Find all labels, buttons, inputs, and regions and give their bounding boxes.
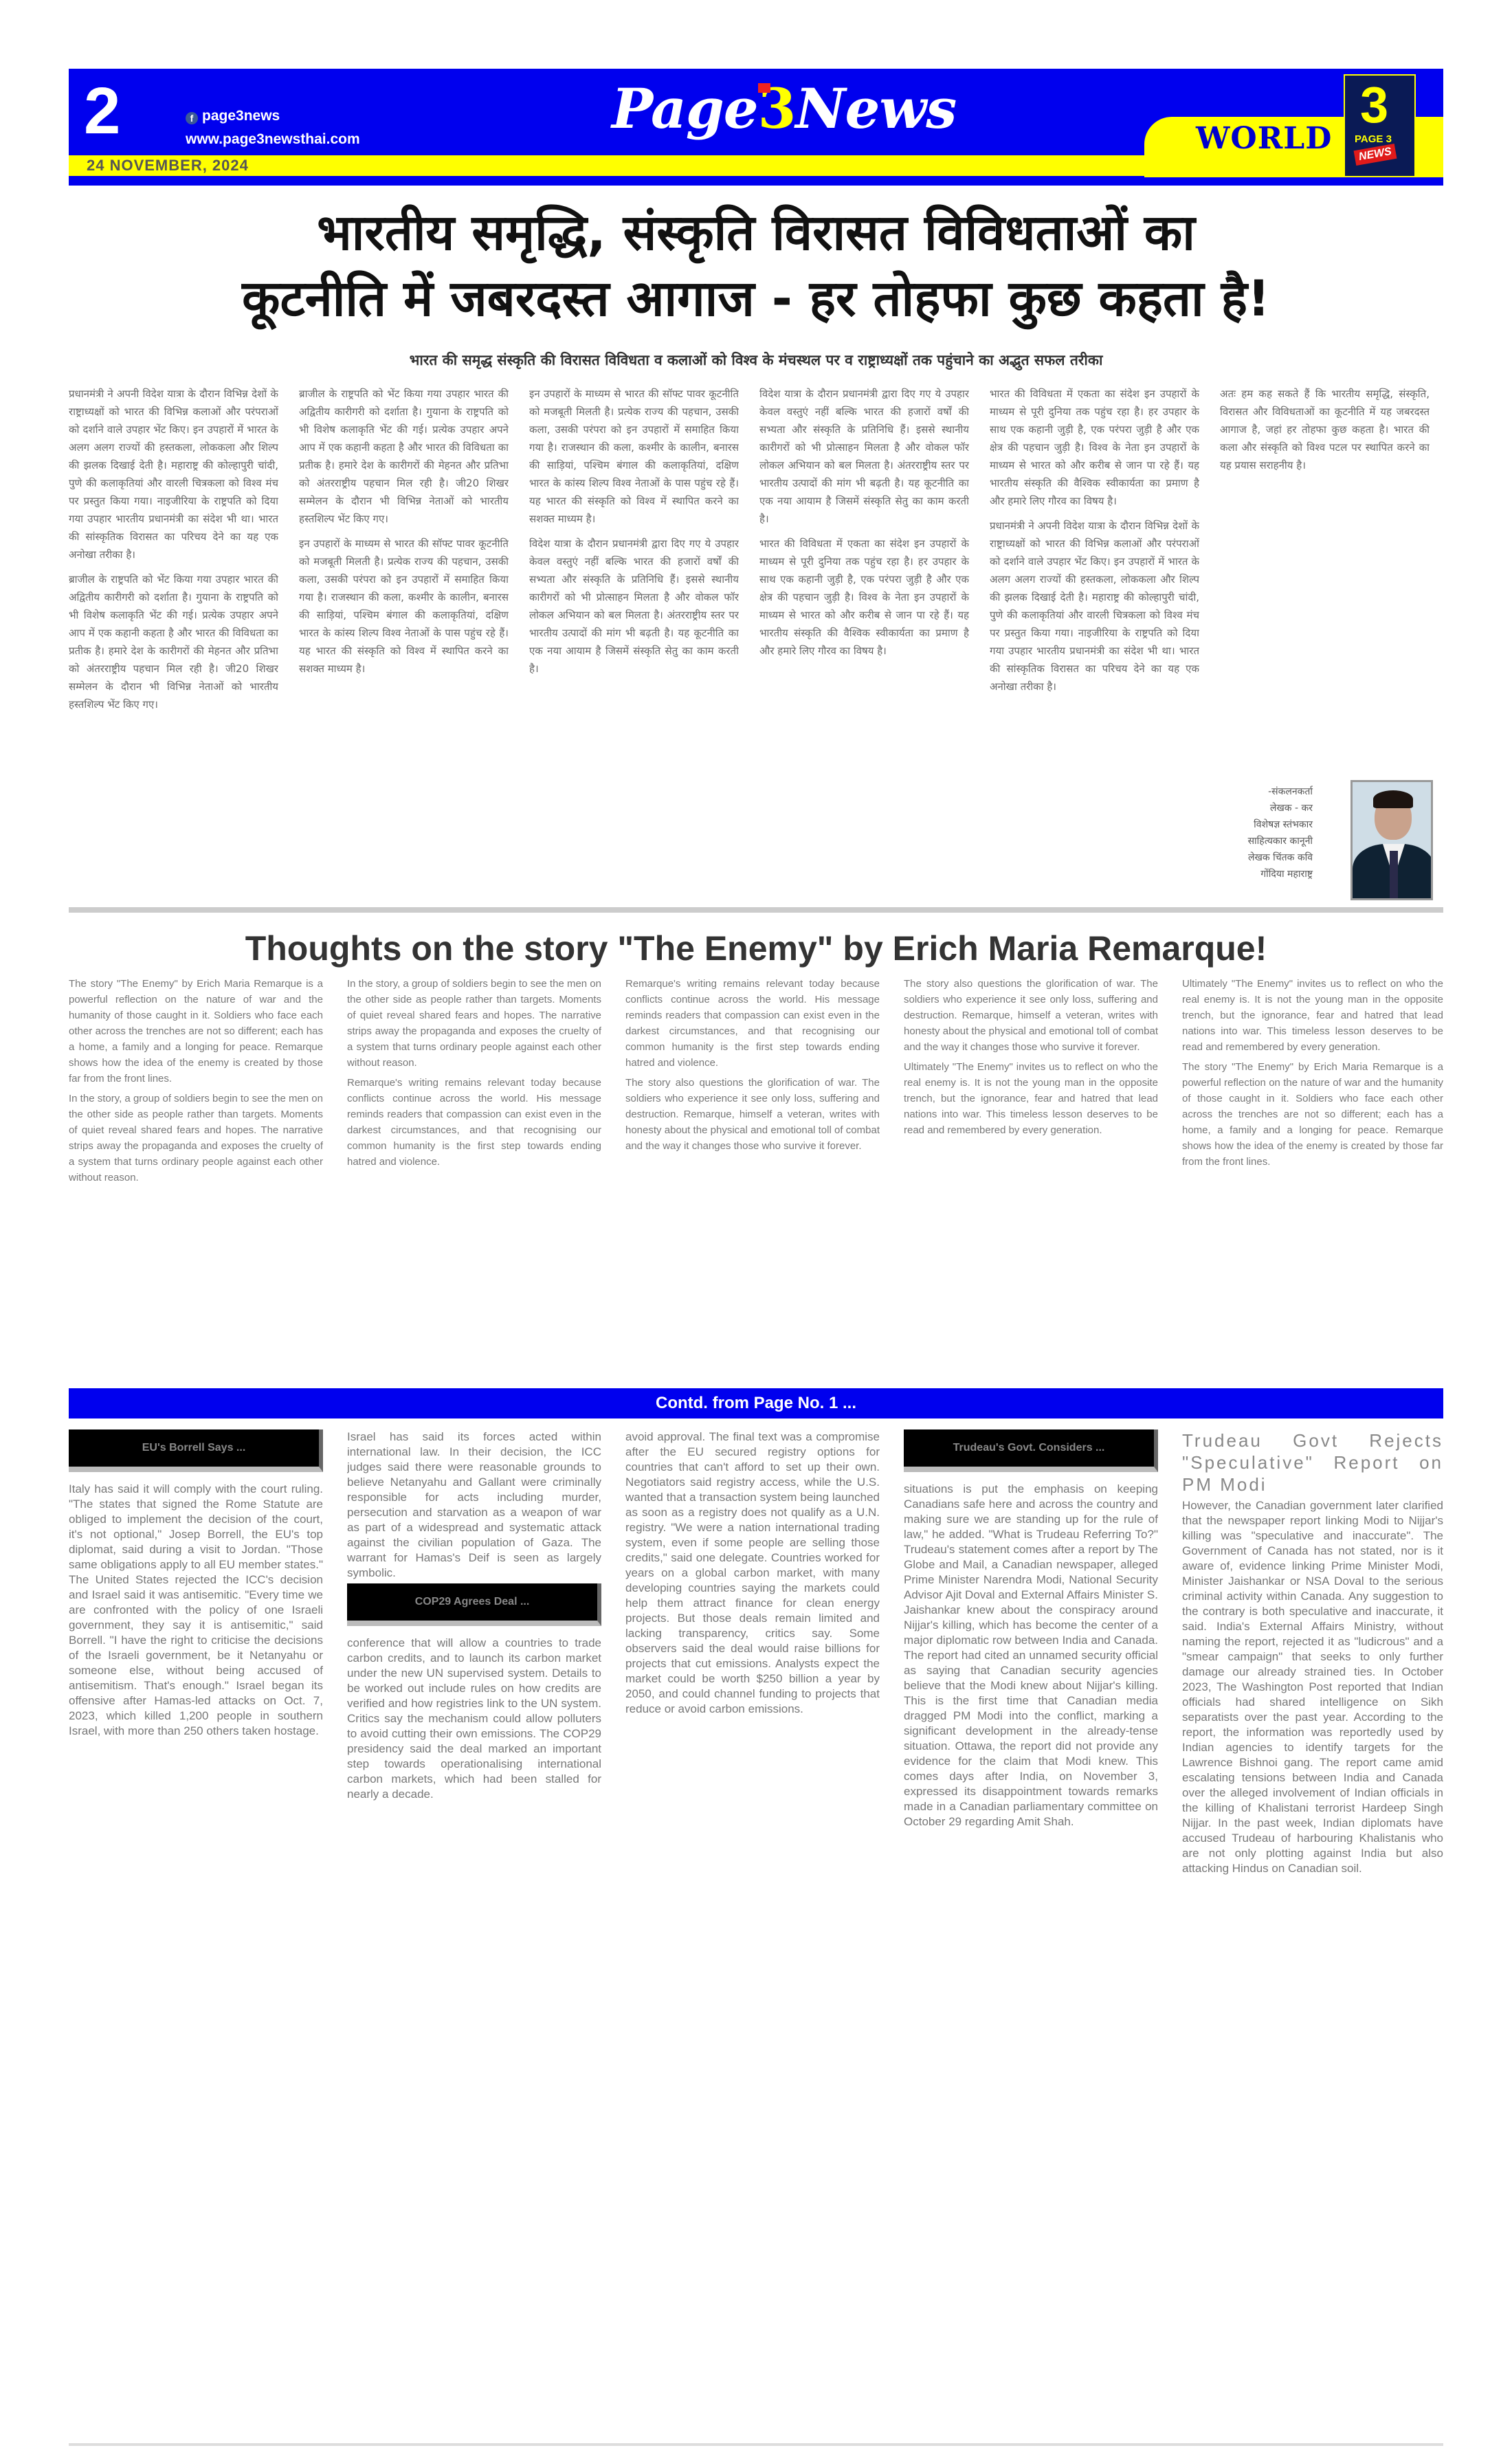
continued-articles: EU's Borrell Says ... Italy has said it … [69,1429,1443,2399]
website-link[interactable]: www.page3newsthai.com [186,128,360,151]
english-column-4: The story also questions the glorificati… [904,976,1158,1402]
badge-number: 3 [1360,80,1388,131]
facebook-handle: page3news [202,108,280,124]
issue-date: 24 NOVEMBER, 2024 [87,157,249,175]
english-column-2: In the story, a group of soldiers begin … [347,976,601,1402]
continued-column-5: Trudeau Govt Rejects "Speculative" Repor… [1182,1429,1443,2399]
continued-column-2: Israel has said its forces acted within … [347,1429,601,2399]
newspaper-page: 2 fpage3news www.page3newsthai.com 24 NO… [69,69,1443,2448]
facebook-link[interactable]: fpage3news [186,104,360,128]
facebook-icon: f [186,112,198,124]
badge-line2: NEWS [1354,144,1397,166]
english-article-body: The story "The Enemy" by Erich Maria Rem… [69,976,1443,1402]
lead-headline-line1: भारतीय समृद्धि, संस्कृति विरासत विविधताओ… [69,199,1443,265]
english-column-5: Ultimately "The Enemy" invites us to ref… [1182,976,1443,1402]
continued-column-4: Trudeau's Govt. Considers ... situations… [904,1429,1158,2399]
lead-strapline: भारत की समृद्ध संस्कृति की विरासत विविधत… [69,350,1443,370]
page-bottom-rule [69,2443,1443,2446]
lead-column-3: इन उपहारों के माध्यम से भारत की सॉफ्ट पा… [529,385,739,921]
badge-line1: PAGE 3 [1355,133,1392,145]
english-column-1: The story "The Enemy" by Erich Maria Rem… [69,976,323,1402]
logo-number: 3 [758,76,796,141]
author-photo [1350,780,1433,900]
section-label: WORLD [1196,124,1332,154]
page-number: 2 [84,78,120,144]
continued-kicker: COP29 Agrees Deal ... [347,1583,601,1626]
lead-column-5: भारत की विविधता में एकता का संदेश इन उपह… [990,385,1199,921]
lead-column-1: प्रधानमंत्री ने अपनी विदेश यात्रा के दौर… [69,385,278,921]
masthead-bottom-band [69,177,1443,186]
english-article-title: Thoughts on the story "The Enemy" by Eri… [69,928,1443,969]
newspaper-logo: Page3News [612,81,956,136]
lead-headline-line2: कूटनीति में जबरदस्त आगाज - हर तोहफा कुछ … [69,265,1443,331]
continued-banner: Contd. from Page No. 1 ... [69,1388,1443,1418]
lead-column-4: विदेश यात्रा के दौरान प्रधानमंत्री द्वार… [759,385,969,921]
brand-badge-logo: 3 PAGE 3 NEWS [1344,74,1416,177]
continued-column-3: avoid approval. The final text was a com… [625,1429,880,2399]
lead-column-2: ब्राजील के राष्ट्रपति को भेंट किया गया उ… [299,385,509,921]
continued-kicker: EU's Borrell Says ... [69,1429,323,1472]
lead-column-6: अतः हम कह सकते हैं कि भारतीय समृद्धि, सं… [1220,385,1430,770]
masthead: 2 fpage3news www.page3newsthai.com 24 NO… [69,69,1443,186]
social-links: fpage3news www.page3newsthai.com [186,104,360,151]
section-divider [69,907,1443,913]
english-column-3: Remarque's writing remains relevant toda… [625,976,880,1402]
logo-text-news: News [795,76,956,141]
continued-kicker: Trudeau's Govt. Considers ... [904,1429,1158,1472]
logo-text-page: Page [612,76,758,141]
continued-subheadline: Trudeau Govt Rejects "Speculative" Repor… [1182,1429,1443,1495]
continued-column-1: EU's Borrell Says ... Italy has said it … [69,1429,323,2399]
lead-headline: भारतीय समृद्धि, संस्कृति विरासत विविधताओ… [69,199,1443,331]
author-byline: -संकलनकर्ता लेखक - कर विशेषज्ञ स्तंभकार … [1196,783,1313,882]
